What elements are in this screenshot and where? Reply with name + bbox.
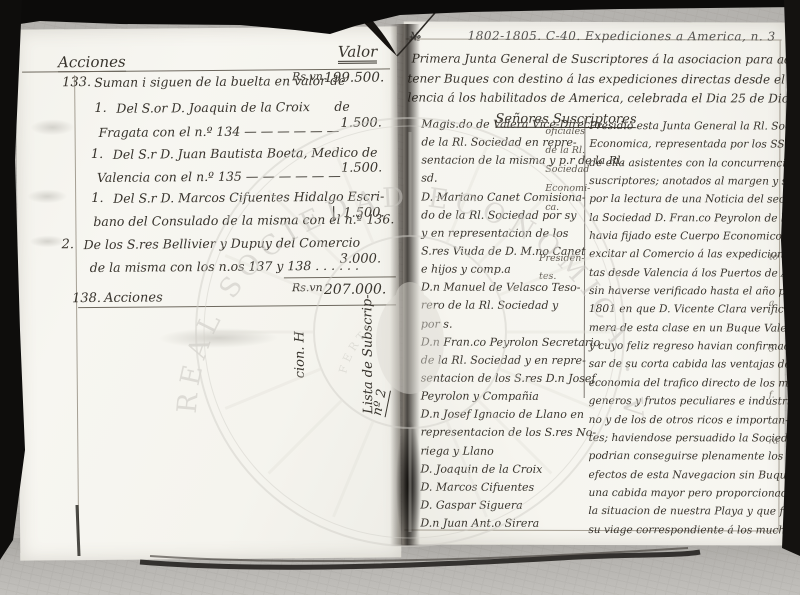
- photo-artifacts-overlay: [0, 0, 800, 595]
- corner-fold-mark: [77, 505, 79, 556]
- photographed-manuscript-spread: Acciones Valor 133. Suman i siguen de la…: [0, 0, 800, 595]
